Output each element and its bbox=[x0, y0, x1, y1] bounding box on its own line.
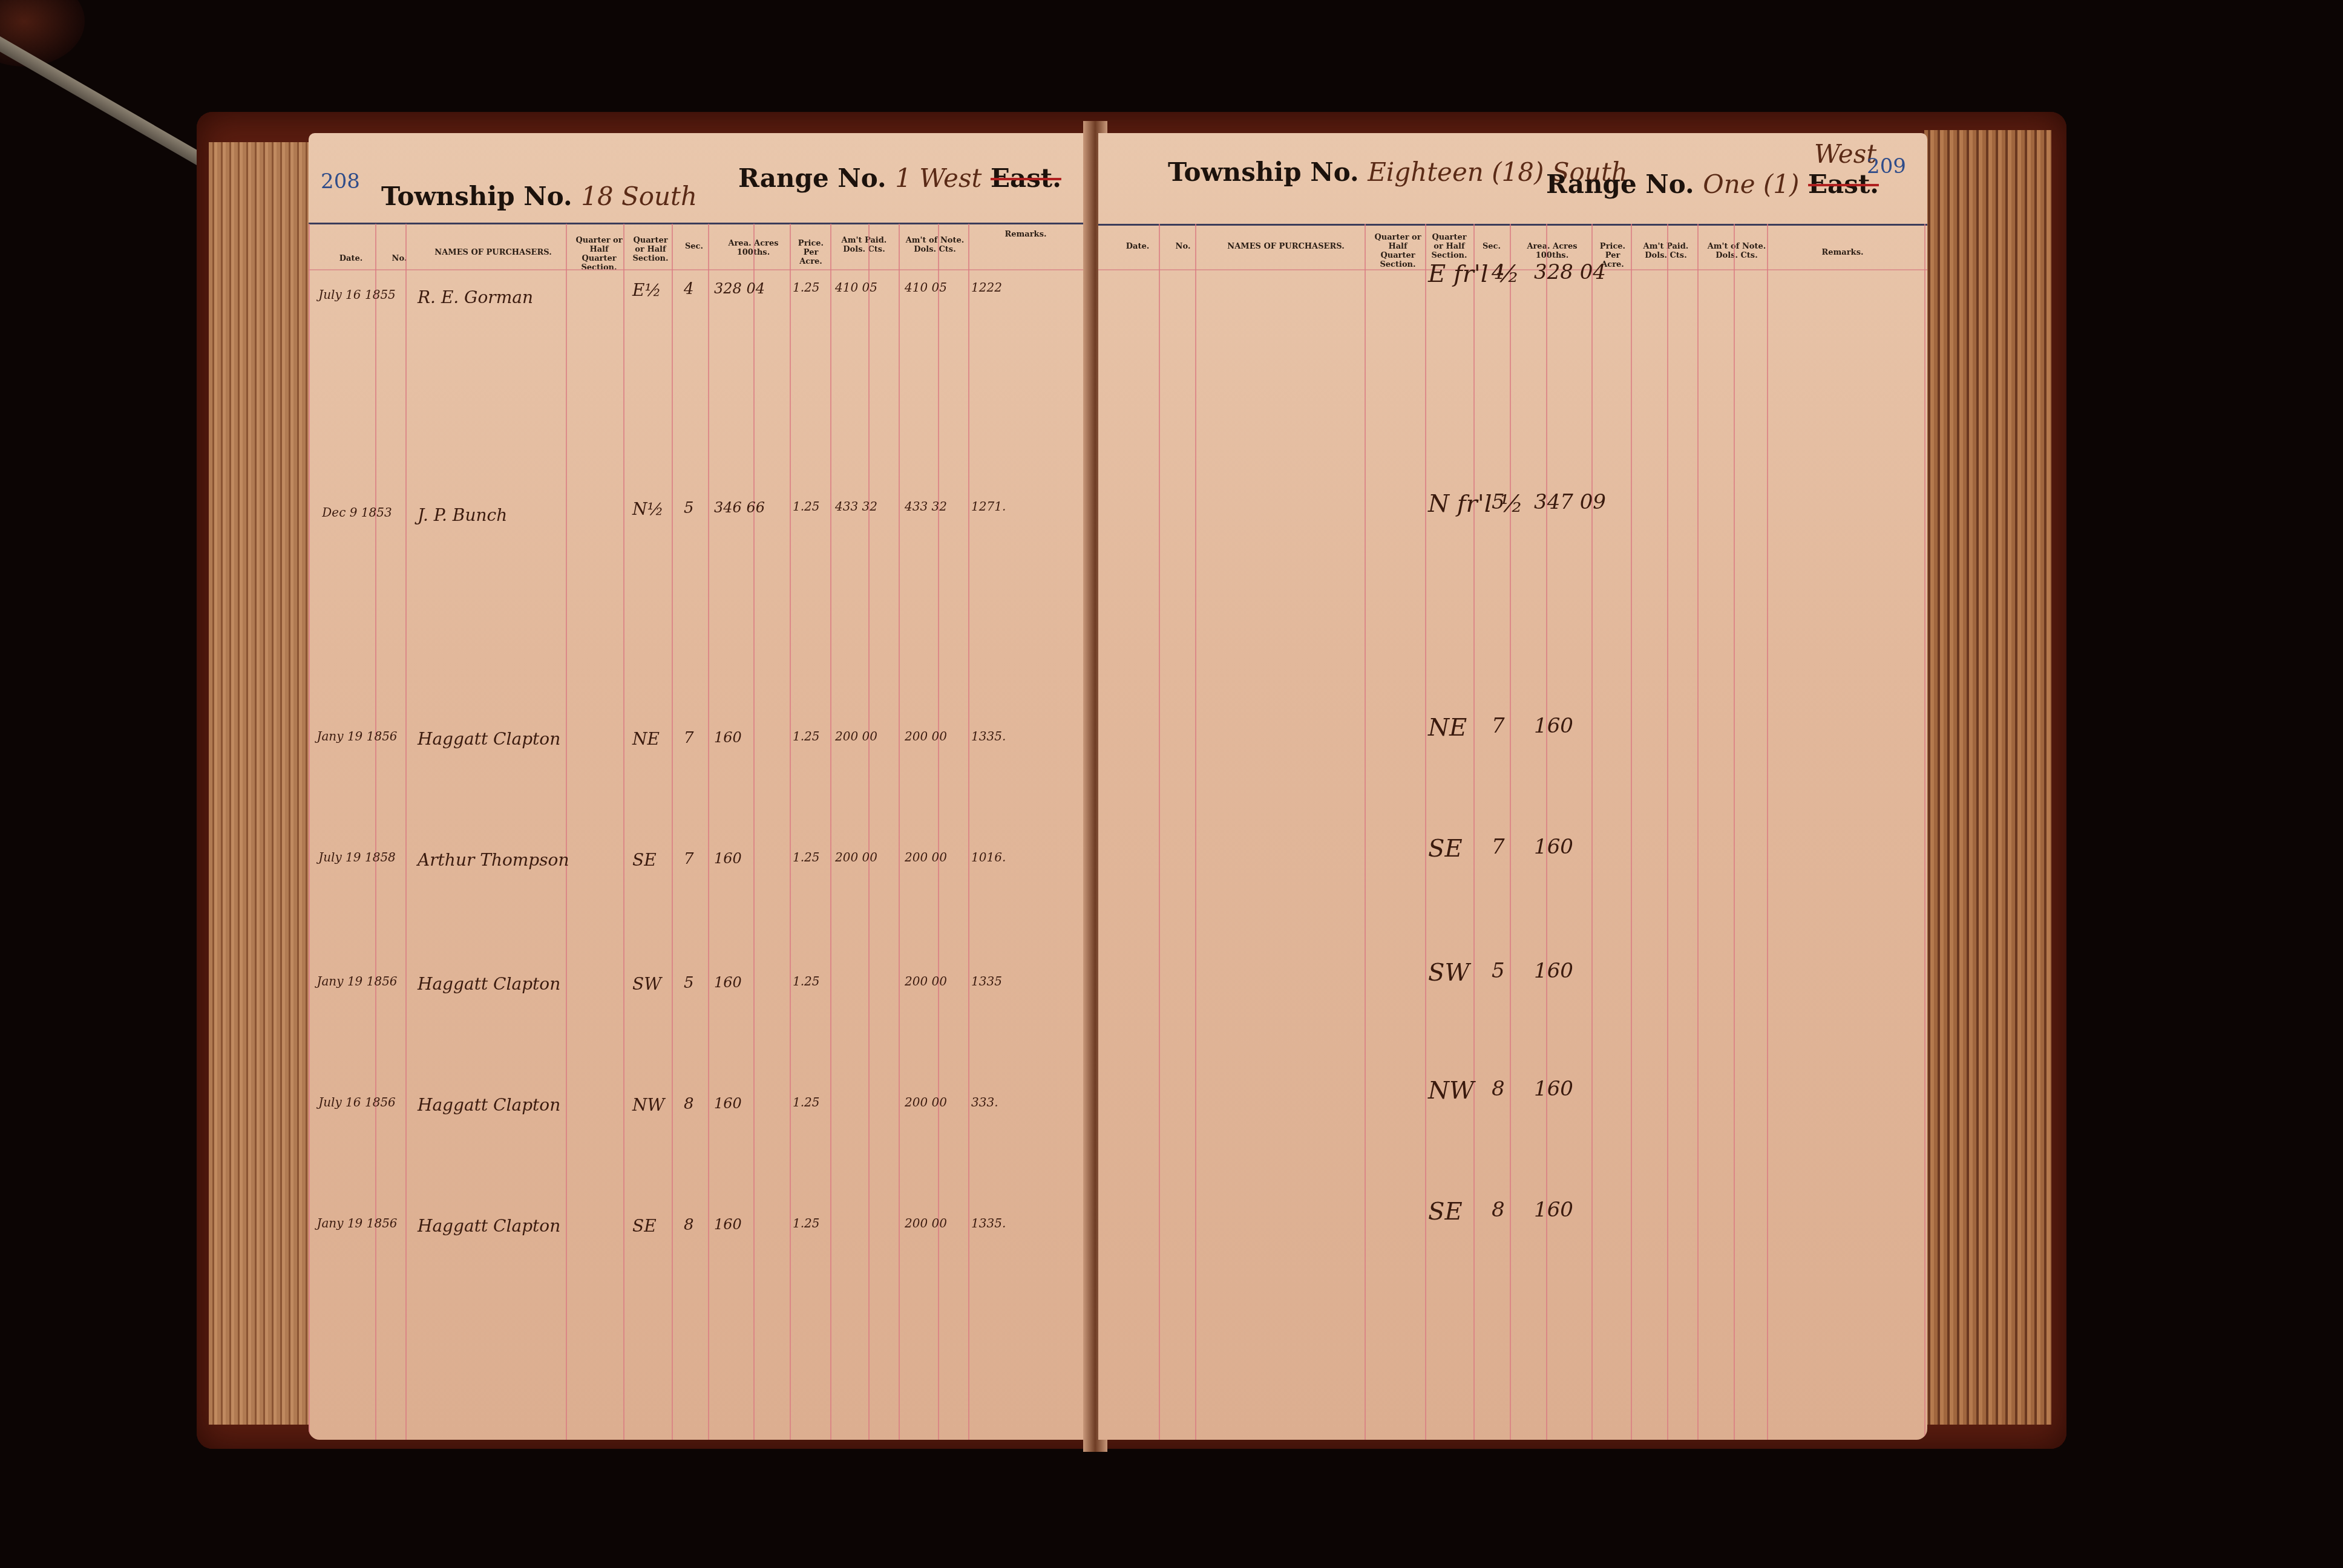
entry-area: 160 bbox=[1534, 959, 1573, 983]
column-rule bbox=[938, 224, 939, 1440]
right-page: Township No. Eighteen (18) South Range N… bbox=[1098, 133, 1927, 1440]
header-rule bbox=[1098, 224, 1927, 226]
entry-date: Jany 19 1856 bbox=[309, 729, 405, 743]
column-rule bbox=[1667, 224, 1668, 1440]
entry-date: July 16 1855 bbox=[309, 287, 405, 302]
ledger-entry: Jany 19 1856 Haggatt Clapton NE 7 160 1.… bbox=[309, 729, 1095, 765]
ledger-entry: Dec 9 1853 J. P. Bunch N½ 5 346 66 1.25 … bbox=[309, 505, 1095, 541]
col-qh-section: Quarter or Half Section. bbox=[629, 236, 672, 263]
ledger-entry: NW 8 160 bbox=[1098, 1077, 1927, 1113]
ledger-entry: N fr'l ½ 5 347 09 bbox=[1098, 490, 1927, 526]
entry-area: 160 bbox=[1534, 835, 1573, 859]
col-qhq-section: Quarter or Half Quarter Section. bbox=[575, 236, 623, 272]
column-rule bbox=[623, 224, 624, 1440]
page-number: 209 bbox=[1867, 154, 1906, 178]
column-headers: Date. No. NAMES OF PURCHASERS. Quarter o… bbox=[309, 230, 1095, 278]
entry-sec: 7 bbox=[684, 850, 694, 868]
entry-name: Arthur Thompson bbox=[418, 850, 569, 870]
entry-name: Haggatt Clapton bbox=[418, 974, 569, 994]
entry-date: July 16 1856 bbox=[309, 1095, 405, 1109]
township-heading: Township No. 18 South bbox=[381, 181, 697, 211]
entry-quarter: NE bbox=[1428, 714, 1467, 742]
column-rule bbox=[1767, 224, 1768, 1440]
column-rule bbox=[1697, 224, 1699, 1440]
entry-price: 1.25 bbox=[793, 499, 820, 514]
ledger-entry: SE 7 160 bbox=[1098, 835, 1927, 871]
entry-remarks: 333. bbox=[971, 1095, 998, 1109]
entry-sec: 5 bbox=[1492, 959, 1505, 983]
entry-area: 347 09 bbox=[1534, 490, 1606, 514]
column-rule bbox=[899, 224, 900, 1440]
range-value: 1 West bbox=[895, 163, 981, 193]
entry-date: Jany 19 1856 bbox=[309, 974, 405, 988]
entry-sec: 5 bbox=[1492, 490, 1505, 514]
column-rule bbox=[1473, 224, 1475, 1440]
entry-quarter: SE bbox=[632, 1216, 657, 1236]
entry-price: 1.25 bbox=[793, 729, 820, 743]
entry-quarter: SE bbox=[632, 850, 657, 870]
range-value: One (1) bbox=[1703, 169, 1799, 199]
col-remarks: Remarks. bbox=[992, 230, 1059, 239]
entry-quarter: E fr'l ½ bbox=[1428, 260, 1519, 288]
entry-sec: 8 bbox=[1492, 1077, 1505, 1101]
col-area: Area. Acres 100ths. bbox=[1516, 242, 1588, 260]
entry-note: 200 00 bbox=[905, 850, 947, 864]
col-price: Price. Per Acre. bbox=[793, 239, 829, 266]
township-value: 18 South bbox=[581, 181, 697, 211]
column-rule bbox=[1924, 224, 1925, 1440]
entry-quarter: E½ bbox=[632, 280, 661, 300]
column-rule bbox=[1591, 224, 1593, 1440]
range-struck-east: East. bbox=[991, 163, 1061, 193]
column-rule bbox=[868, 224, 870, 1440]
column-rule bbox=[1365, 224, 1366, 1440]
entry-sec: 5 bbox=[684, 974, 694, 992]
entry-price: 1.25 bbox=[793, 280, 820, 295]
column-rule bbox=[375, 224, 376, 1440]
entry-quarter: SE bbox=[1428, 835, 1463, 863]
entry-remarks: 1271. bbox=[971, 499, 1006, 514]
ledger-entry: SW 5 160 bbox=[1098, 959, 1927, 995]
column-rule bbox=[1631, 224, 1632, 1440]
entry-sec: 8 bbox=[684, 1095, 694, 1113]
entry-sec: 8 bbox=[1492, 1198, 1505, 1222]
entry-quarter: N fr'l ½ bbox=[1428, 490, 1523, 518]
column-rule bbox=[1546, 224, 1547, 1440]
column-rule bbox=[708, 224, 709, 1440]
column-rule bbox=[1425, 224, 1426, 1440]
entry-area: 160 bbox=[1534, 714, 1573, 738]
entry-note: 200 00 bbox=[905, 1095, 947, 1109]
ledger-entry: NE 7 160 bbox=[1098, 714, 1927, 750]
entry-area: 160 bbox=[1534, 1077, 1573, 1101]
column-rule bbox=[753, 224, 755, 1440]
column-rule bbox=[790, 224, 791, 1440]
entry-paid: 200 00 bbox=[835, 729, 877, 743]
township-label: Township No. bbox=[381, 181, 572, 211]
column-rule bbox=[672, 224, 673, 1440]
entry-area: 328 04 bbox=[714, 280, 765, 297]
ledger-entry: July 19 1858 Arthur Thompson SE 7 160 1.… bbox=[309, 850, 1095, 886]
entry-name: R. E. Gorman bbox=[418, 287, 569, 307]
entry-quarter: SW bbox=[1428, 959, 1470, 987]
entry-area: 160 bbox=[714, 974, 742, 991]
entry-note: 200 00 bbox=[905, 729, 947, 743]
ledger-entry: SE 8 160 bbox=[1098, 1198, 1927, 1234]
col-date: Date. bbox=[333, 254, 369, 263]
entry-quarter: SW bbox=[632, 974, 661, 994]
ledger-entry: Jany 19 1856 Haggatt Clapton SW 5 160 1.… bbox=[309, 974, 1095, 1010]
column-rule bbox=[830, 224, 831, 1440]
entry-remarks: 1335 bbox=[971, 974, 1002, 988]
entry-area: 328 04 bbox=[1534, 260, 1606, 284]
column-rule bbox=[1159, 224, 1160, 1440]
entry-area: 160 bbox=[1534, 1198, 1573, 1222]
col-amt-note: Am't of Note. Dols. Cts. bbox=[902, 236, 968, 254]
col-names: NAMES OF PURCHASERS. bbox=[424, 248, 563, 257]
entry-quarter: NE bbox=[632, 729, 660, 749]
range-label: Range No. bbox=[738, 163, 886, 193]
entry-name: Haggatt Clapton bbox=[418, 729, 569, 749]
range-heading: Range No. One (1) West East. bbox=[1546, 169, 1879, 199]
township-label: Township No. bbox=[1168, 157, 1359, 187]
entry-area: 346 66 bbox=[714, 499, 765, 516]
entry-sec: 7 bbox=[684, 729, 694, 747]
header-rule bbox=[309, 223, 1095, 224]
entry-area: 160 bbox=[714, 1095, 742, 1112]
col-date: Date. bbox=[1119, 242, 1156, 251]
entry-quarter: NW bbox=[1428, 1077, 1474, 1105]
entry-price: 1.25 bbox=[793, 1095, 820, 1109]
entry-sec: 7 bbox=[1492, 714, 1505, 738]
col-amt-paid: Am't Paid. Dols. Cts. bbox=[834, 236, 894, 254]
entry-sec: 4 bbox=[1492, 260, 1505, 284]
ledger-entry: July 16 1855 R. E. Gorman E½ 4 328 04 1.… bbox=[309, 287, 1095, 324]
range-label: Range No. bbox=[1546, 169, 1694, 199]
entry-note: 433 32 bbox=[905, 499, 947, 514]
column-rule bbox=[405, 224, 407, 1440]
entry-remarks: 1335. bbox=[971, 1216, 1006, 1230]
entry-quarter: NW bbox=[632, 1095, 664, 1115]
col-amt-note: Am't of Note. Dols. Cts. bbox=[1703, 242, 1770, 260]
entry-note: 200 00 bbox=[905, 974, 947, 988]
col-remarks: Remarks. bbox=[1809, 248, 1876, 257]
col-amt-paid: Am't Paid. Dols. Cts. bbox=[1636, 242, 1696, 260]
col-no: No. bbox=[1171, 242, 1195, 251]
page-edges-right bbox=[1924, 130, 2051, 1425]
entry-date: Dec 9 1853 bbox=[309, 505, 405, 520]
col-names: NAMES OF PURCHASERS. bbox=[1207, 242, 1365, 251]
entry-price: 1.25 bbox=[793, 850, 820, 864]
entry-quarter: N½ bbox=[632, 499, 664, 519]
col-qh-section: Quarter or Half Section. bbox=[1428, 233, 1470, 260]
column-rule bbox=[309, 224, 310, 1440]
entry-remarks: 1335. bbox=[971, 729, 1006, 743]
entry-area: 160 bbox=[714, 1216, 742, 1233]
left-page: 208 Township No. 18 South Range No. 1 We… bbox=[309, 133, 1095, 1440]
entry-name: Haggatt Clapton bbox=[418, 1216, 569, 1236]
col-no: No. bbox=[387, 254, 411, 263]
entry-area: 160 bbox=[714, 729, 742, 746]
page-number: 208 bbox=[321, 169, 360, 194]
column-rule bbox=[1510, 224, 1511, 1440]
entry-date: Jany 19 1856 bbox=[309, 1216, 405, 1230]
ledger-entry: E fr'l ½ 4 328 04 bbox=[1098, 260, 1927, 296]
header-bottom-rule bbox=[309, 269, 1095, 270]
column-rule bbox=[566, 224, 567, 1440]
col-sec: Sec. bbox=[679, 242, 709, 251]
entry-sec: 4 bbox=[684, 280, 694, 298]
entry-sec: 8 bbox=[684, 1216, 694, 1234]
col-sec: Sec. bbox=[1476, 242, 1507, 251]
ledger-entry: July 16 1856 Haggatt Clapton NW 8 160 1.… bbox=[309, 1095, 1095, 1131]
entry-note: 410 05 bbox=[905, 280, 947, 295]
ledger-entry: Jany 19 1856 Haggatt Clapton SE 8 160 1.… bbox=[309, 1216, 1095, 1252]
entry-paid: 410 05 bbox=[835, 280, 877, 295]
entry-price: 1.25 bbox=[793, 1216, 820, 1230]
entry-name: Haggatt Clapton bbox=[418, 1095, 569, 1115]
entry-paid: 200 00 bbox=[835, 850, 877, 864]
entry-name: J. P. Bunch bbox=[418, 505, 569, 525]
entry-remarks: 1222 bbox=[971, 280, 1002, 295]
entry-paid: 433 32 bbox=[835, 499, 877, 514]
entry-note: 200 00 bbox=[905, 1216, 947, 1230]
entry-quarter: SE bbox=[1428, 1198, 1463, 1226]
entry-price: 1.25 bbox=[793, 974, 820, 988]
entry-date: July 19 1858 bbox=[309, 850, 405, 864]
column-rule bbox=[968, 224, 969, 1440]
entry-remarks: 1016. bbox=[971, 850, 1006, 864]
entry-sec: 5 bbox=[684, 499, 694, 517]
column-rule bbox=[1734, 224, 1735, 1440]
column-rule bbox=[1195, 224, 1196, 1440]
entry-sec: 7 bbox=[1492, 835, 1505, 859]
entry-area: 160 bbox=[714, 850, 742, 867]
range-heading: Range No. 1 West East. bbox=[738, 163, 1061, 193]
